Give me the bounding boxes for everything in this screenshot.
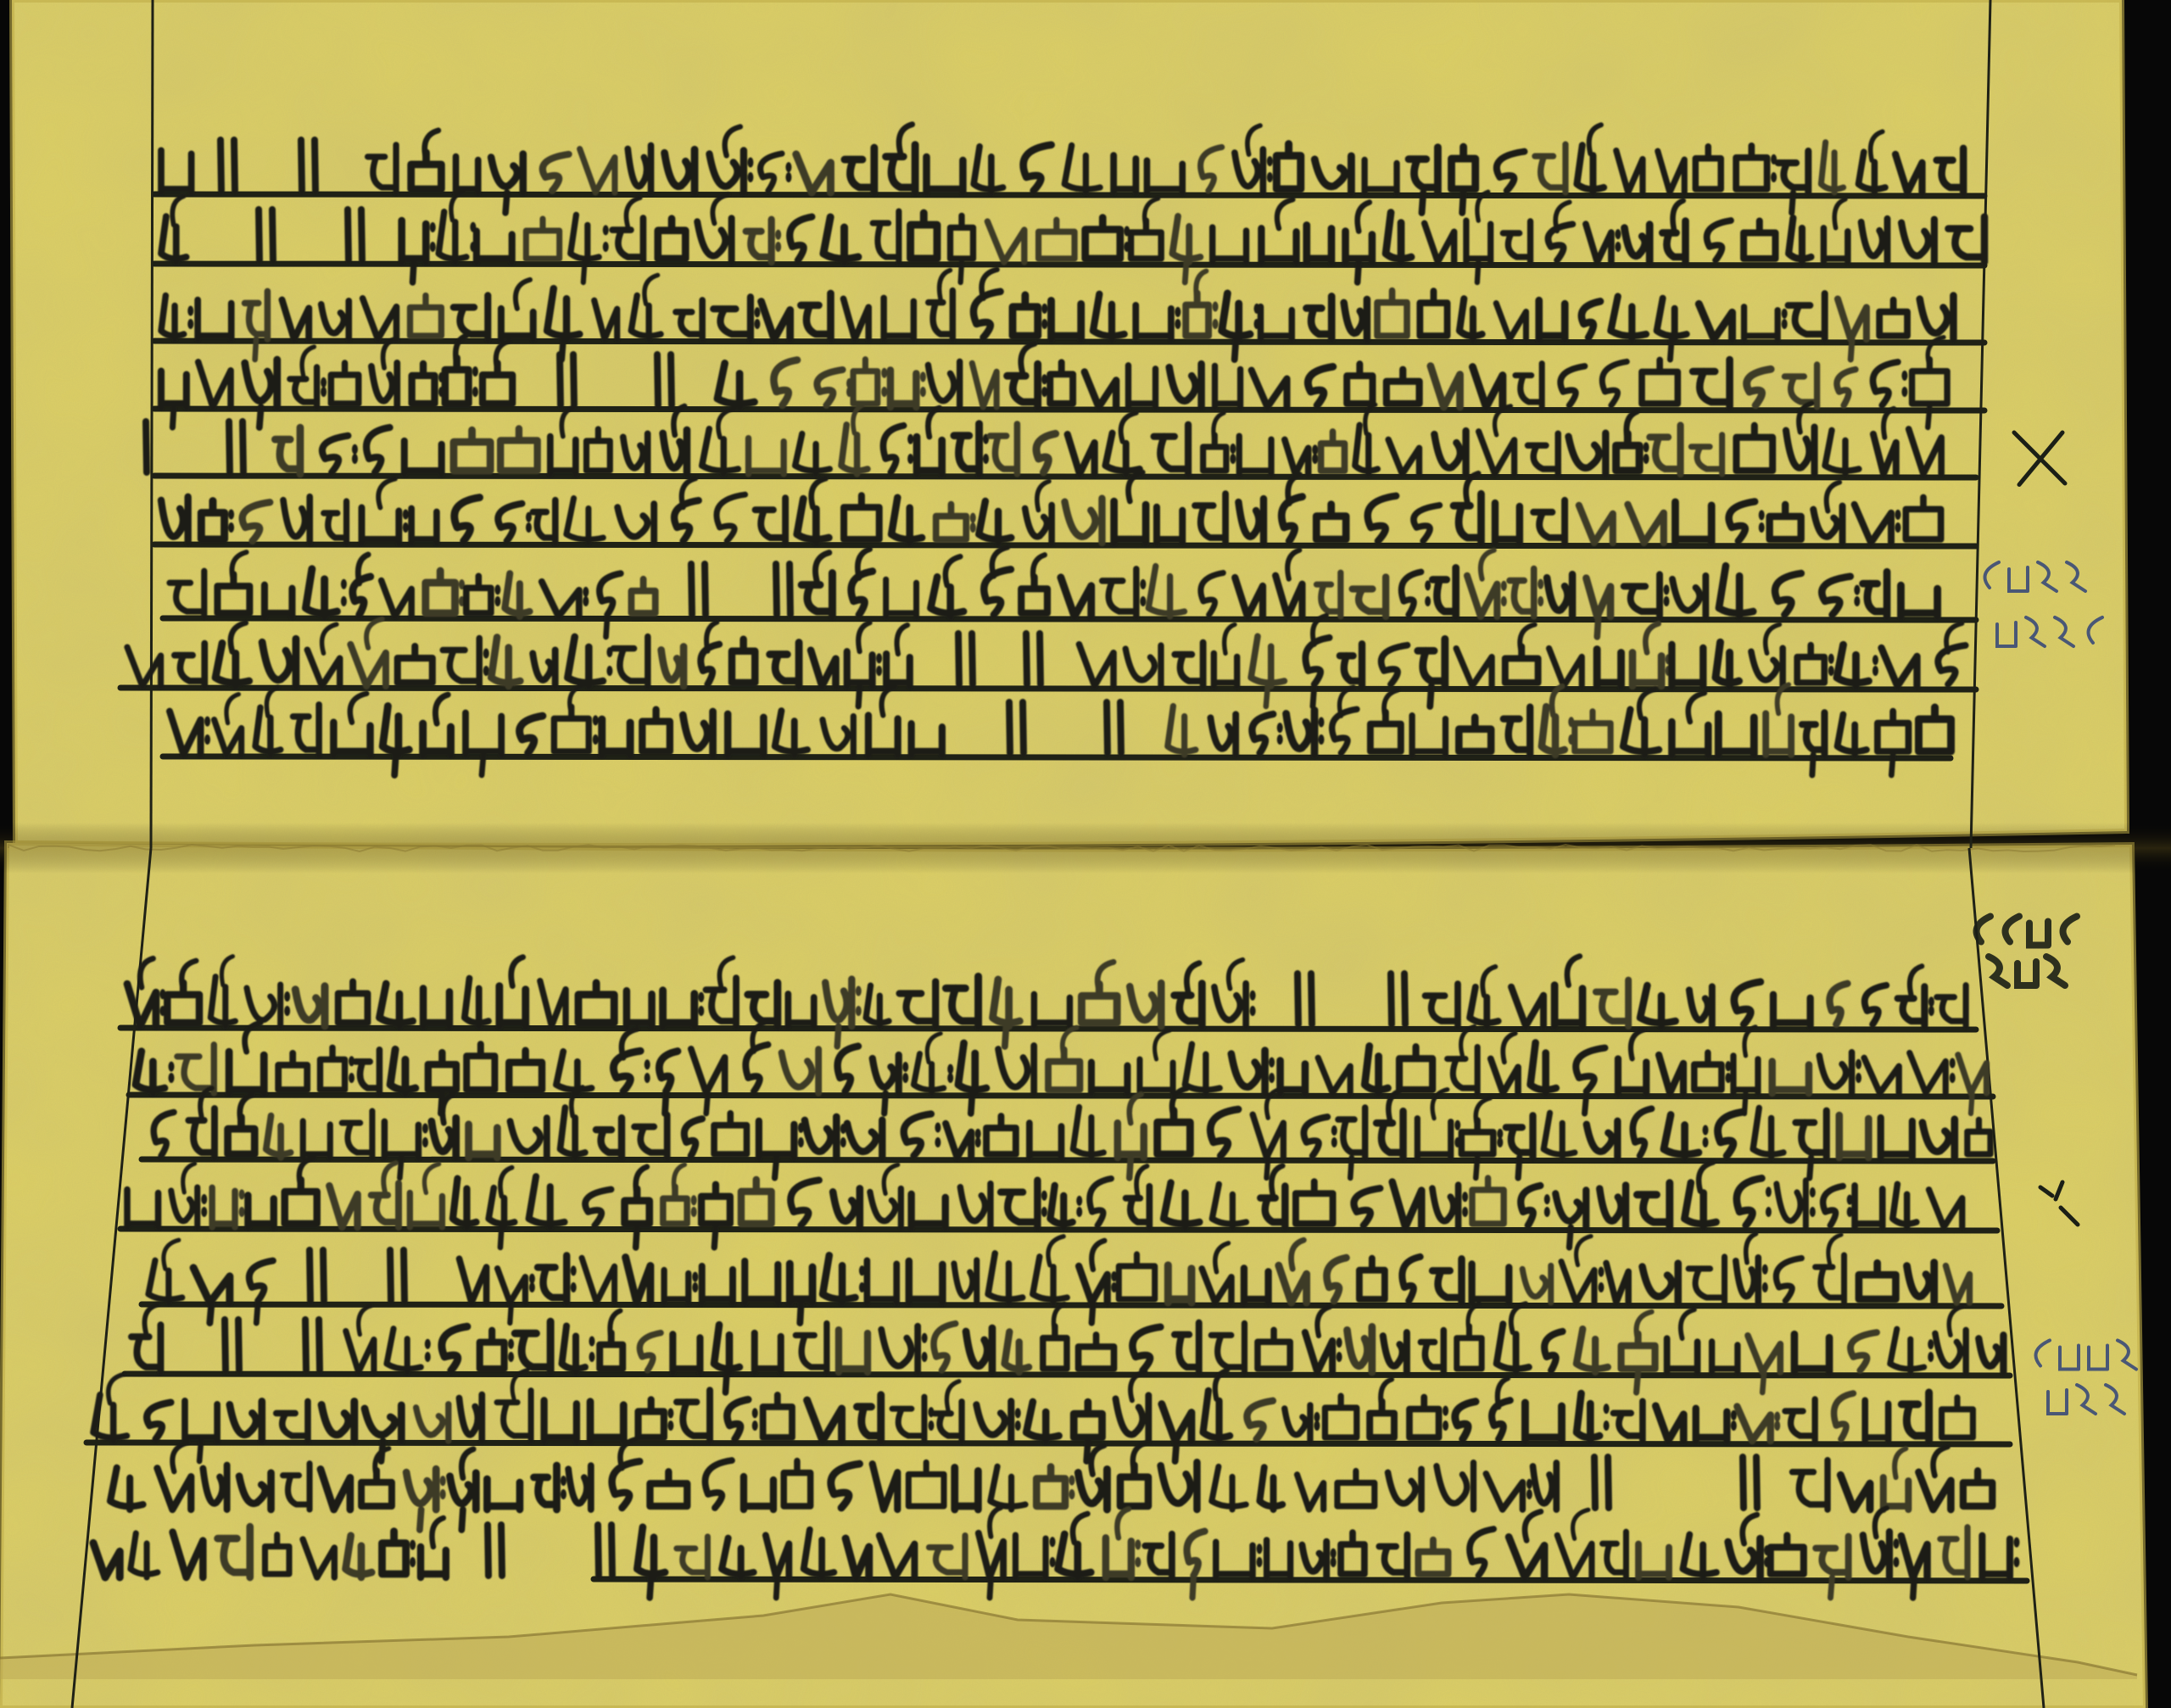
danda-mark [146,421,147,472]
upper-leaf [12,0,2127,846]
ruled-baseline [154,194,1984,196]
ruled-baseline [154,341,1984,343]
ruled-baseline [120,688,1976,689]
ruled-baseline [594,1579,2027,1581]
manuscript-photo: Xmarginal note (blue ink, 2 lines)folio … [0,0,2171,1708]
ruled-baseline [154,409,1984,410]
ruled-baseline [154,544,1976,546]
manuscript-canvas: Xmarginal note (blue ink, 2 lines)folio … [0,0,2171,1708]
ruled-baseline [154,476,1976,477]
ruled-baseline [120,1229,1997,1231]
ruled-baseline [163,756,1951,758]
left-border-rule [151,0,153,848]
